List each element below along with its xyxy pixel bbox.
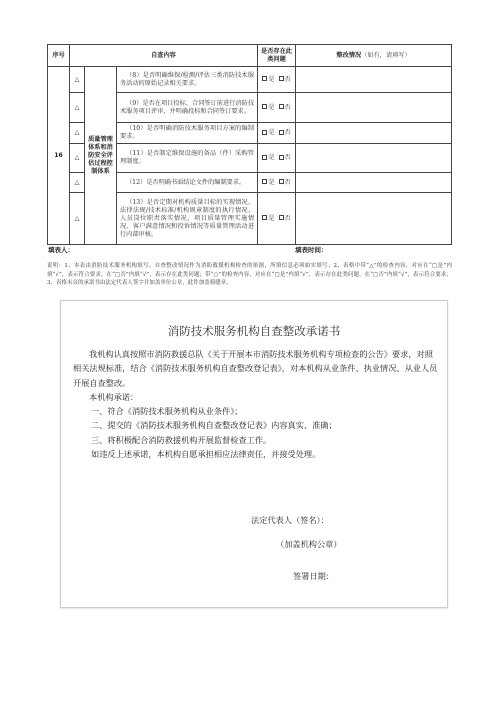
checkbox-icon [262, 104, 267, 109]
checkbox-no[interactable]: 否 [279, 154, 291, 161]
self-check-table: 序号 自查内容 是否存在此类问题 整改情况（如有，请填写） 16 △ 质量管理体… [47, 44, 452, 245]
letter-closing: 如违反上述承诺，本机构自愿承担相应法律责任，并接受处理。 [73, 447, 441, 461]
checkbox-yes[interactable]: 是 [262, 76, 274, 83]
letter-item-1: 一、符合《消防技术服务机构从业条件》； [73, 404, 441, 418]
checkbox-icon [279, 130, 284, 135]
checkbox-no-label: 否 [285, 129, 291, 136]
yes-no-checkboxes: 是否 [258, 93, 296, 123]
checkbox-no[interactable]: 否 [279, 104, 291, 111]
letter-item-2: 二、提交的《消防技术服务机构自查整改登记表》内容真实、准确； [73, 418, 441, 432]
header-rectification-hint: （如有，请填写） [361, 52, 411, 59]
row-content: （9）是否在项目投标、合同签订前进行消防技术服务项目评审，并明确投标和合同签订要… [117, 93, 258, 123]
checkbox-yes-label: 是 [268, 76, 274, 83]
row-content: （8）是否明确维保/检测/评估三类消防技术服务活动的原始记录相关要求。 [117, 67, 258, 93]
checkbox-no[interactable]: 否 [279, 179, 291, 186]
rectification-field[interactable] [296, 123, 452, 144]
triangle-mark-icon: △ [70, 173, 85, 193]
instructions-note: 说明：1、本表由消防技术服务机构填写，自查整改情况作为消防救援机构检查的依据，所… [47, 262, 452, 288]
commitment-letter: 消防技术服务机构自查整改承诺书 我机构认真按照市消防救援总队《关于开展本市消防技… [60, 300, 448, 608]
checkbox-icon [279, 76, 284, 81]
checkbox-icon [279, 179, 284, 184]
triangle-mark-icon: △ [70, 93, 85, 123]
rectification-field[interactable] [296, 173, 452, 193]
letter-intro: 我机构认真按照市消防救援总队《关于开展本市消防技术服务机构专项检查的公告》要求，… [73, 347, 441, 390]
legal-rep-signature-label: 法定代表人（签名）： [251, 515, 329, 526]
checkbox-yes[interactable]: 是 [262, 154, 274, 161]
checkbox-yes[interactable]: 是 [262, 129, 274, 136]
checkbox-no[interactable]: 否 [279, 215, 291, 222]
table-header-row: 序号 自查内容 是否存在此类问题 整改情况（如有，请填写） [48, 45, 452, 67]
triangle-mark-icon: △ [70, 67, 85, 93]
seal-label: （加盖机构公章） [276, 539, 342, 550]
letter-promise-label: 本机构承诺： [73, 390, 441, 404]
checkbox-yes-label: 是 [268, 104, 274, 111]
yes-no-checkboxes: 是否 [258, 173, 296, 193]
row-content: （11）是否制定维保设施的备品（件）采购管理制度。 [117, 144, 258, 173]
rectification-field[interactable] [296, 193, 452, 245]
checkbox-no-label: 否 [285, 104, 291, 111]
checkbox-no[interactable]: 否 [279, 129, 291, 136]
checkbox-no[interactable]: 否 [279, 76, 291, 83]
yes-no-checkboxes: 是否 [258, 123, 296, 144]
triangle-mark-icon: △ [70, 123, 85, 144]
checkbox-icon [262, 179, 267, 184]
rectification-field[interactable] [296, 67, 452, 93]
letter-title: 消防技术服务机构自查整改承诺书 [61, 323, 447, 339]
checkbox-no-label: 否 [285, 215, 291, 222]
checkbox-icon [262, 155, 267, 160]
checkbox-icon [279, 215, 284, 220]
rectification-field[interactable] [296, 93, 452, 123]
checkbox-icon [262, 215, 267, 220]
filler-label: 填表人： [48, 245, 74, 254]
checkbox-yes-label: 是 [268, 129, 274, 136]
header-exists: 是否存在此类问题 [258, 45, 296, 67]
checkbox-yes[interactable]: 是 [262, 179, 274, 186]
sign-date-label: 签署日期： [293, 571, 334, 582]
yes-no-checkboxes: 是否 [258, 67, 296, 93]
row-content: （12）是否明确书面结论文件的编制要求。 [117, 173, 258, 193]
checkbox-yes-label: 是 [268, 215, 274, 222]
header-rectification: 整改情况（如有，请填写） [296, 45, 452, 67]
fill-time-label: 填表时间： [295, 245, 328, 254]
checkbox-yes-label: 是 [268, 154, 274, 161]
header-rectification-label: 整改情况 [336, 52, 361, 59]
triangle-mark-icon: △ [70, 193, 85, 245]
letter-body: 我机构认真按照市消防救援总队《关于开展本市消防技术服务机构专项检查的公告》要求，… [73, 347, 441, 461]
checkbox-icon [279, 155, 284, 160]
checkbox-icon [262, 76, 267, 81]
checkbox-yes[interactable]: 是 [262, 104, 274, 111]
checkbox-no-label: 否 [285, 154, 291, 161]
letter-item-3: 三、将积极配合消防救援机构开展监督检查工作。 [73, 433, 441, 447]
checkbox-icon [279, 104, 284, 109]
triangle-mark-icon: △ [70, 144, 85, 173]
header-content: 自查内容 [70, 45, 258, 67]
group-category: 质量管理体系和消防安全评估过程控制体系 [85, 67, 117, 245]
yes-no-checkboxes: 是否 [258, 144, 296, 173]
checkbox-yes[interactable]: 是 [262, 215, 274, 222]
header-seq: 序号 [48, 45, 70, 67]
yes-no-checkboxes: 是否 [258, 193, 296, 245]
table-row: 16 △ 质量管理体系和消防安全评估过程控制体系 （8）是否明确维保/检测/评估… [48, 67, 452, 93]
checkbox-yes-label: 是 [268, 179, 274, 186]
row-content: （10）是否明确消防技术服务项目方案的编制要求。 [117, 123, 258, 144]
checkbox-icon [262, 130, 267, 135]
checkbox-no-label: 否 [285, 76, 291, 83]
row-content: （13）是否定期对机构质量目标的实现情况、法律法规/技术标准/机构规章制度的执行… [117, 193, 258, 245]
rectification-field[interactable] [296, 144, 452, 173]
checkbox-no-label: 否 [285, 179, 291, 186]
group-seq: 16 [48, 67, 70, 245]
